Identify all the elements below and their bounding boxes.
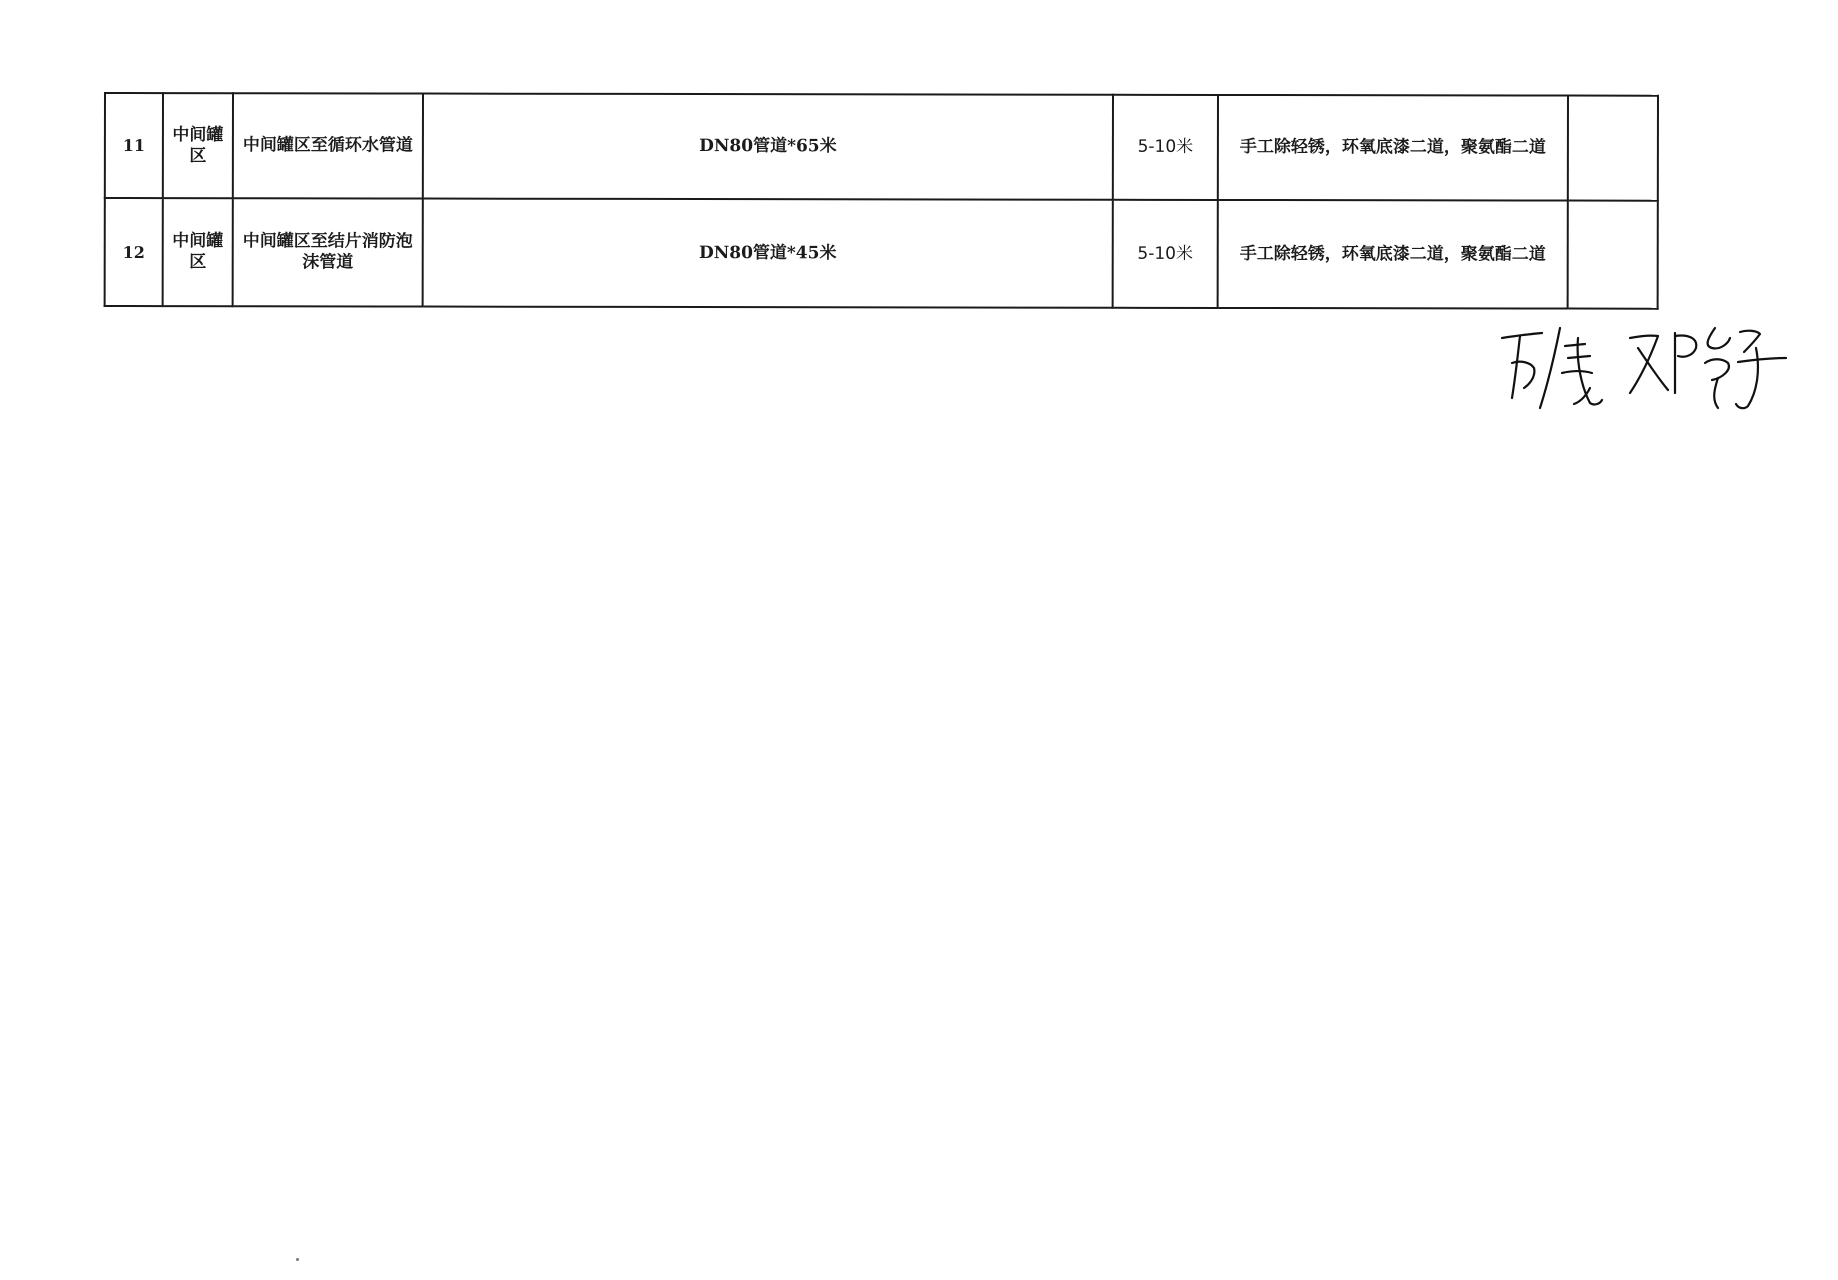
cell-area: 中间罐区 bbox=[163, 93, 233, 198]
work-items-table: 11 中间罐区 中间罐区至循环水管道 DN80管道*65米 5-10米 手工除轻… bbox=[104, 92, 1659, 310]
table-row: 12 中间罐区 中间罐区至结片消防泡沫管道 DN80管道*45米 5-10米 手… bbox=[105, 198, 1658, 309]
cell-process: 手工除轻锈，环氧底漆二道，聚氨酯二道 bbox=[1218, 95, 1568, 201]
handwritten-signature bbox=[1490, 318, 1790, 418]
cell-spec: DN80管道*65米 bbox=[423, 94, 1113, 200]
cell-number: 12 bbox=[105, 198, 163, 306]
table-row: 11 中间罐区 中间罐区至循环水管道 DN80管道*65米 5-10米 手工除轻… bbox=[105, 93, 1658, 201]
cell-name: 中间罐区至循环水管道 bbox=[233, 93, 423, 198]
cell-number: 11 bbox=[105, 93, 163, 198]
cell-spec: DN80管道*45米 bbox=[423, 199, 1113, 308]
cell-height: 5-10米 bbox=[1113, 200, 1218, 308]
document-page: 11 中间罐区 中间罐区至循环水管道 DN80管道*65米 5-10米 手工除轻… bbox=[0, 0, 1838, 1280]
cell-remark bbox=[1568, 96, 1658, 201]
cell-name: 中间罐区至结片消防泡沫管道 bbox=[233, 198, 423, 306]
cell-process: 手工除轻锈，环氧底漆二道，聚氨酯二道 bbox=[1218, 200, 1568, 309]
cell-height: 5-10米 bbox=[1113, 95, 1218, 200]
cell-remark bbox=[1568, 201, 1658, 309]
cell-area: 中间罐区 bbox=[163, 198, 233, 306]
scan-speck bbox=[296, 1258, 299, 1261]
